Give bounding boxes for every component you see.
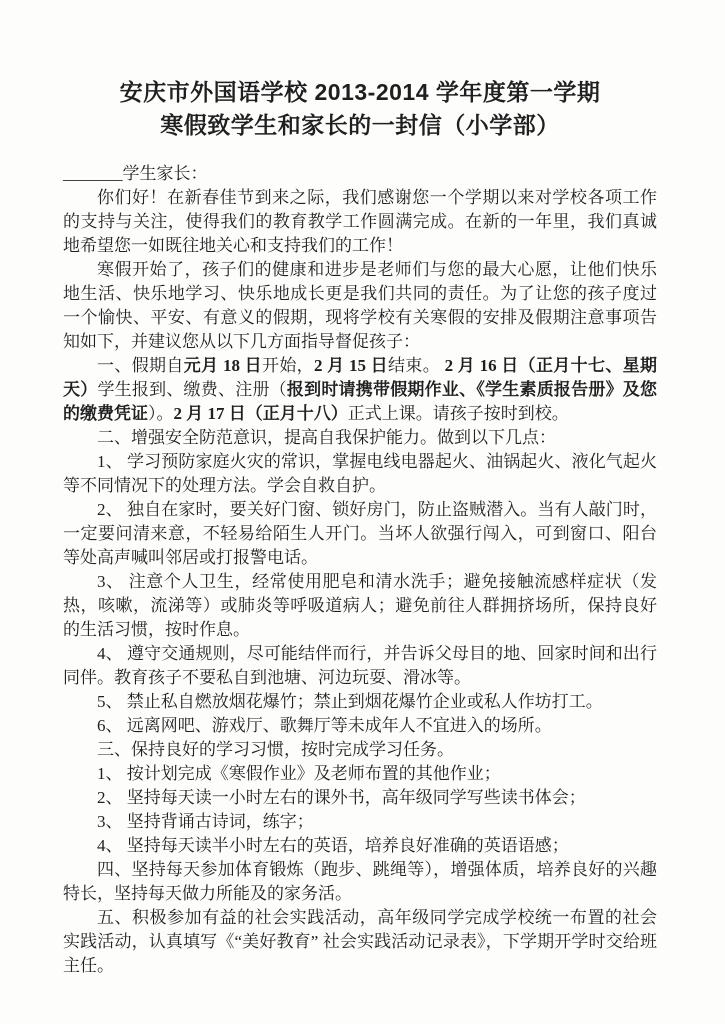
bold-text-segment: 2 月 17 日（正月十八）	[174, 404, 348, 423]
paragraph: 1、 按计划完成《寒假作业》及老师布置的其他作业；	[63, 762, 657, 786]
text-segment: 4、 坚持每天读半小时左右的英语，培养良好准确的英语语感；	[97, 836, 569, 855]
text-segment: 你们好！在新春佳节到来之际，我们感谢您一个学期以来对学校各项工作的支持与关注，使…	[63, 188, 657, 255]
text-segment: 2、 坚持每天读一小时左右的课外书，高年级同学写些读书体会；	[97, 788, 586, 807]
paragraph: 3、 坚持背诵古诗词，练字；	[63, 810, 657, 834]
paragraph: 三、保持良好的学习习惯，按时完成学习任务。	[63, 738, 657, 762]
text-segment: 5、 禁止私自燃放烟花爆竹；禁止到烟花爆竹企业或私人作坊打工。	[97, 692, 603, 711]
text-segment: 1、 按计划完成《寒假作业》及老师布置的其他作业；	[97, 764, 501, 783]
paragraph: 5、 禁止私自燃放烟花爆竹；禁止到烟花爆竹企业或私人作坊打工。	[63, 690, 657, 714]
text-segment: 4、 遵守交通规则，尽可能结伴而行，并告诉父母目的地、回家时间和出行同伴。教育孩…	[63, 644, 657, 687]
paragraph: 一、假期自元月 18 日开始，2 月 15 日结束。 2 月 16 日（正月十七…	[63, 354, 657, 426]
paragraph: 二、增强安全防范意识，提高自我保护能力。做到以下几点：	[63, 426, 657, 450]
paragraph: 五、积极参加有益的社会实践活动，高年级同学完成学校统一布置的社会实践活动，认真填…	[63, 906, 657, 978]
text-segment: 三、保持良好的学习习惯，按时完成学习任务。	[97, 740, 454, 759]
text-segment: 二、增强安全防范意识，提高自我保护能力。做到以下几点：	[97, 428, 556, 447]
paragraph: 6、 远离网吧、游戏厅、歌舞厅等未成年人不宜进入的场所。	[63, 714, 657, 738]
text-segment: 结束。	[388, 356, 445, 375]
paragraph: 2、 独自在家时，要关好门窗、锁好房门，防止盗贼潜入。当有人敲门时，一定要问清来…	[63, 498, 657, 570]
text-segment: 开始，	[262, 356, 314, 375]
text-segment: 五、积极参加有益的社会实践活动，高年级同学完成学校统一布置的社会实践活动，认真填…	[63, 908, 657, 975]
document-body: 你们好！在新春佳节到来之际，我们感谢您一个学期以来对学校各项工作的支持与关注，使…	[63, 186, 657, 978]
paragraph: 4、 遵守交通规则，尽可能结伴而行，并告诉父母目的地、回家时间和出行同伴。教育孩…	[63, 642, 657, 690]
text-segment: 正式上课。请孩子按时到校。	[348, 404, 569, 423]
paragraph: 3、 注意个人卫生，经常使用肥皂和清水洗手；避免接触流感样症状（发热，咳嗽，流涕…	[63, 570, 657, 642]
bold-text-segment: 元月 18 日	[184, 356, 262, 375]
salutation-text: 学生家长：	[123, 164, 208, 183]
text-segment: 6、 远离网吧、游戏厅、歌舞厅等未成年人不宜进入的场所。	[97, 716, 552, 735]
paragraph: 寒假开始了，孩子们的健康和进步是老师们与您的最大心愿，让他们快乐地生活、快乐地学…	[63, 258, 657, 354]
title-line-1: 安庆市外国语学校 2013-2014 学年度第一学期	[63, 76, 657, 109]
text-segment: ）。	[148, 404, 174, 423]
title-line-2: 寒假致学生和家长的一封信（小学部）	[63, 109, 657, 142]
bold-text-segment: 2 月 15 日	[314, 356, 388, 375]
paragraph: 1、 学习预防家庭火灾的常识，掌握电线电器起火、油锅起火、液化气起火等不同情况下…	[63, 450, 657, 498]
paragraph: 你们好！在新春佳节到来之际，我们感谢您一个学期以来对学校各项工作的支持与关注，使…	[63, 186, 657, 258]
document-title: 安庆市外国语学校 2013-2014 学年度第一学期 寒假致学生和家长的一封信（…	[63, 76, 657, 142]
paragraph: 四、坚持每天参加体育锻炼（跑步、跳绳等），增强体质，培养良好的兴趣特长，坚持每天…	[63, 858, 657, 906]
text-segment: 1、 学习预防家庭火灾的常识，掌握电线电器起火、油锅起火、液化气起火等不同情况下…	[63, 452, 657, 495]
text-segment: 四、坚持每天参加体育锻炼（跑步、跳绳等），增强体质，培养良好的兴趣特长，坚持每天…	[63, 860, 657, 903]
text-segment: 3、 注意个人卫生，经常使用肥皂和清水洗手；避免接触流感样症状（发热，咳嗽，流涕…	[63, 572, 657, 639]
text-segment: 一、假期自	[97, 356, 184, 375]
name-blank-underline: _______	[63, 164, 123, 183]
salutation-line: _______学生家长：	[63, 162, 657, 186]
paragraph: 4、 坚持每天读半小时左右的英语，培养良好准确的英语语感；	[63, 834, 657, 858]
document-page: 安庆市外国语学校 2013-2014 学年度第一学期 寒假致学生和家长的一封信（…	[0, 0, 725, 1024]
text-segment: 学生报到、缴费、注册（	[97, 380, 286, 399]
text-segment: 3、 坚持背诵古诗词，练字；	[97, 812, 314, 831]
paragraph: 2、 坚持每天读一小时左右的课外书，高年级同学写些读书体会；	[63, 786, 657, 810]
text-segment: 寒假开始了，孩子们的健康和进步是老师们与您的最大心愿，让他们快乐地生活、快乐地学…	[63, 260, 657, 351]
text-segment: 2、 独自在家时，要关好门窗、锁好房门，防止盗贼潜入。当有人敲门时，一定要问清来…	[63, 500, 657, 567]
